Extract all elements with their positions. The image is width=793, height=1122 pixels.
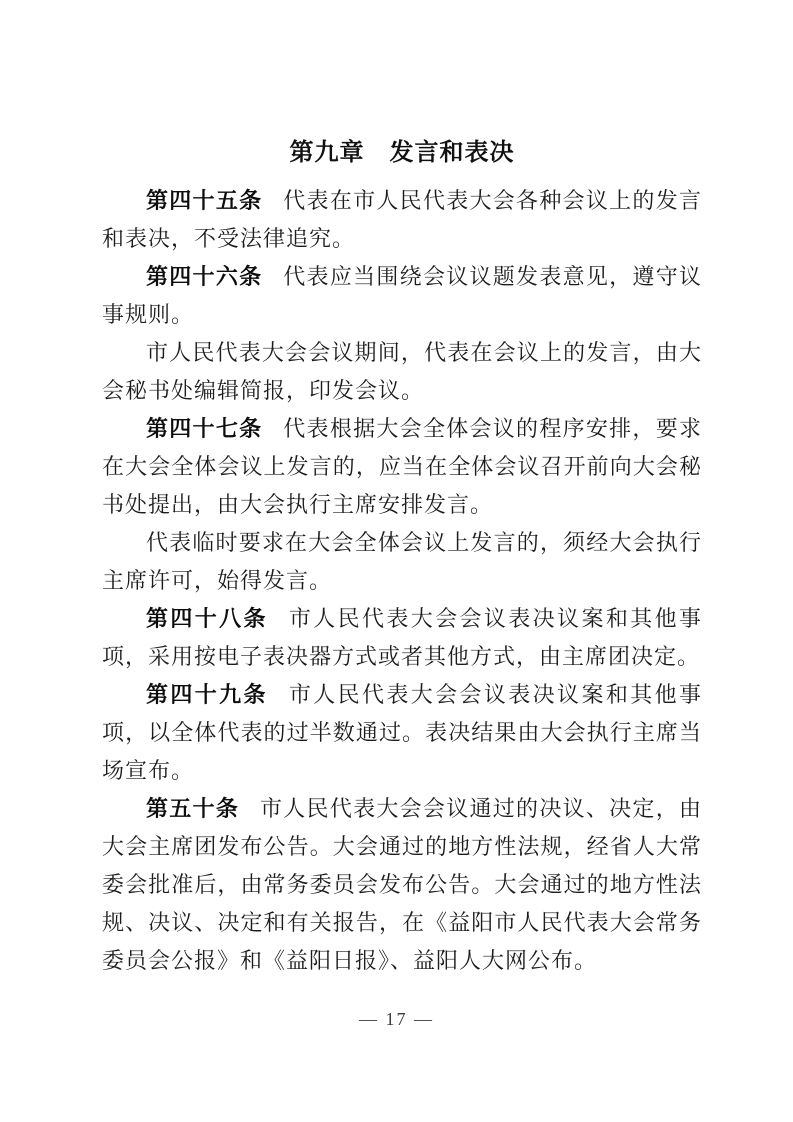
- paragraph-article-46: 第四十六条代表应当围绕会议议题发表意见，遵守议事规则。: [102, 258, 702, 334]
- document-page: 第九章 发言和表决 第四十五条代表在市人民代表大会各种会议上的发言和表决，不受法…: [0, 0, 793, 1122]
- article-number: 第四十六条: [146, 264, 262, 289]
- paragraph-text: 市人民代表大会会议通过的决议、决定，由大会主席团发布公告。大会通过的地方性法规，…: [102, 796, 702, 973]
- paragraph-article-45: 第四十五条代表在市人民代表大会各种会议上的发言和表决，不受法律追究。: [102, 182, 702, 258]
- article-number: 第五十条: [146, 796, 239, 821]
- article-number: 第四十七条: [146, 416, 262, 441]
- article-number: 第四十五条: [146, 188, 262, 213]
- article-number: 第四十九条: [146, 682, 268, 707]
- paragraph-continuation: 市人民代表大会会议期间，代表在会议上的发言，由大会秘书处编辑简报，印发会议。: [102, 334, 702, 410]
- paragraph-article-47: 第四十七条代表根据大会全体会议的程序安排，要求在大会全体会议上发言的，应当在全体…: [102, 410, 702, 524]
- paragraph-continuation: 代表临时要求在大会全体会议上发言的，须经大会执行主席许可，始得发言。: [102, 524, 702, 600]
- paragraph-article-50: 第五十条市人民代表大会会议通过的决议、决定，由大会主席团发布公告。大会通过的地方…: [102, 790, 702, 980]
- paragraph-text: 市人民代表大会会议期间，代表在会议上的发言，由大会秘书处编辑简报，印发会议。: [102, 340, 702, 403]
- chapter-title: 第九章 发言和表决: [102, 138, 702, 168]
- paragraph-article-48: 第四十八条市人民代表大会会议表决议案和其他事项，采用按电子表决器方式或者其他方式…: [102, 600, 702, 676]
- page-number: — 17 —: [0, 1006, 793, 1032]
- paragraph-article-49: 第四十九条市人民代表大会会议表决议案和其他事项，以全体代表的过半数通过。表决结果…: [102, 676, 702, 790]
- paragraph-text: 代表临时要求在大会全体会议上发言的，须经大会执行主席许可，始得发言。: [102, 530, 702, 593]
- document-content: 第九章 发言和表决 第四十五条代表在市人民代表大会各种会议上的发言和表决，不受法…: [102, 138, 702, 980]
- article-number: 第四十八条: [146, 606, 268, 631]
